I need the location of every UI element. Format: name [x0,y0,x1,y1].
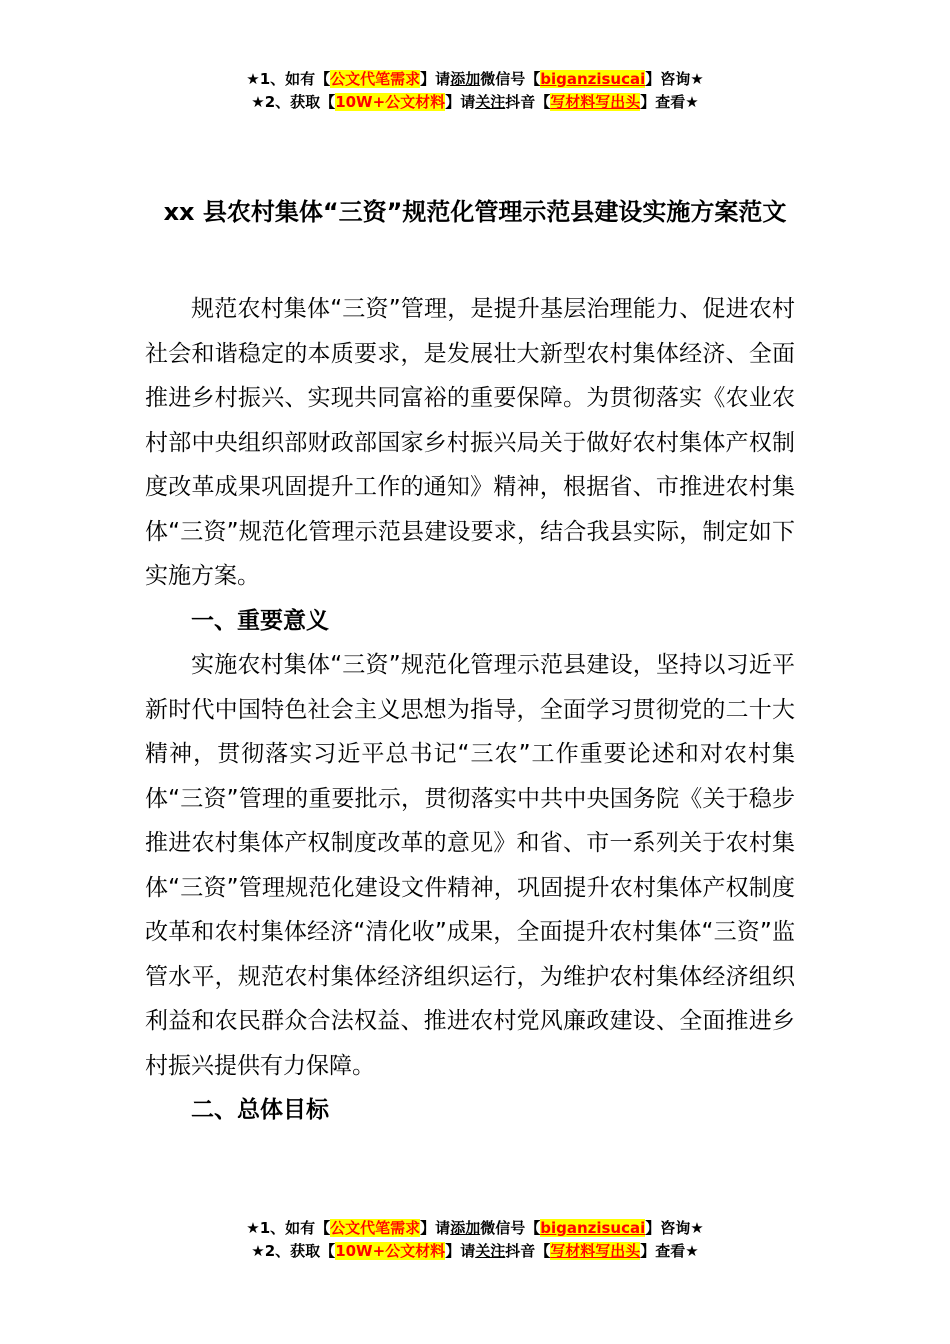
promo-text: 】请 [420,1219,450,1237]
underlined-add: 添加 [450,1219,480,1237]
wechat-id: biganzisucai [540,70,645,88]
promo-line-1: ★1、如有【公文代笔需求】请添加微信号【biganzisucai】咨询★ [0,68,950,91]
document-body: 规范农村集体“三资”管理，是提升基层治理能力、促进农村社会和谐稳定的本质要求，是… [145,287,795,1133]
promo-line-2: ★2、获取【10W+公文材料】请关注抖音【写材料写出头】查看★ [0,91,950,114]
highlight-materials: 10W+公文材料 [335,1242,445,1260]
promo-text: 】查看★ [640,1242,698,1260]
promo-line-2: ★2、获取【10W+公文材料】请关注抖音【写材料写出头】查看★ [0,1240,950,1263]
underlined-follow: 关注 [475,93,505,111]
promo-line-1: ★1、如有【公文代笔需求】请添加微信号【biganzisucai】咨询★ [0,1217,950,1240]
promo-text: 】请 [445,93,475,111]
highlight-service: 公文代笔需求 [330,70,420,88]
promo-text: 抖音【 [505,93,550,111]
promo-text: ★2、获取【 [251,93,335,111]
promo-text: 】请 [445,1242,475,1260]
underlined-add: 添加 [450,70,480,88]
document-title: xx 县农村集体“三资”规范化管理示范县建设实施方案范文 [140,190,810,234]
section-paragraph-1: 实施农村集体“三资”规范化管理示范县建设，坚持以习近平新时代中国特色社会主义思想… [145,643,795,1088]
promo-text: 】咨询★ [645,1219,703,1237]
highlight-materials: 10W+公文材料 [335,93,445,111]
section-heading-1: 一、重要意义 [145,599,795,644]
wechat-id: biganzisucai [540,1219,645,1237]
promo-text: 】查看★ [640,93,698,111]
promo-banner-bottom: ★1、如有【公文代笔需求】请添加微信号【biganzisucai】咨询★ ★2、… [0,1217,950,1263]
douyin-account: 写材料写出头 [550,1242,640,1260]
promo-text: ★1、如有【 [246,1219,330,1237]
promo-text: ★2、获取【 [251,1242,335,1260]
section-heading-2: 二、总体目标 [145,1088,795,1133]
promo-text: ★1、如有【 [246,70,330,88]
promo-text: 抖音【 [505,1242,550,1260]
underlined-follow: 关注 [475,1242,505,1260]
promo-text: 】咨询★ [645,70,703,88]
intro-paragraph: 规范农村集体“三资”管理，是提升基层治理能力、促进农村社会和谐稳定的本质要求，是… [145,287,795,599]
promo-banner-top: ★1、如有【公文代笔需求】请添加微信号【biganzisucai】咨询★ ★2、… [0,68,950,114]
promo-text: 】请 [420,70,450,88]
highlight-service: 公文代笔需求 [330,1219,420,1237]
promo-text: 微信号【 [480,1219,540,1237]
douyin-account: 写材料写出头 [550,93,640,111]
promo-text: 微信号【 [480,70,540,88]
